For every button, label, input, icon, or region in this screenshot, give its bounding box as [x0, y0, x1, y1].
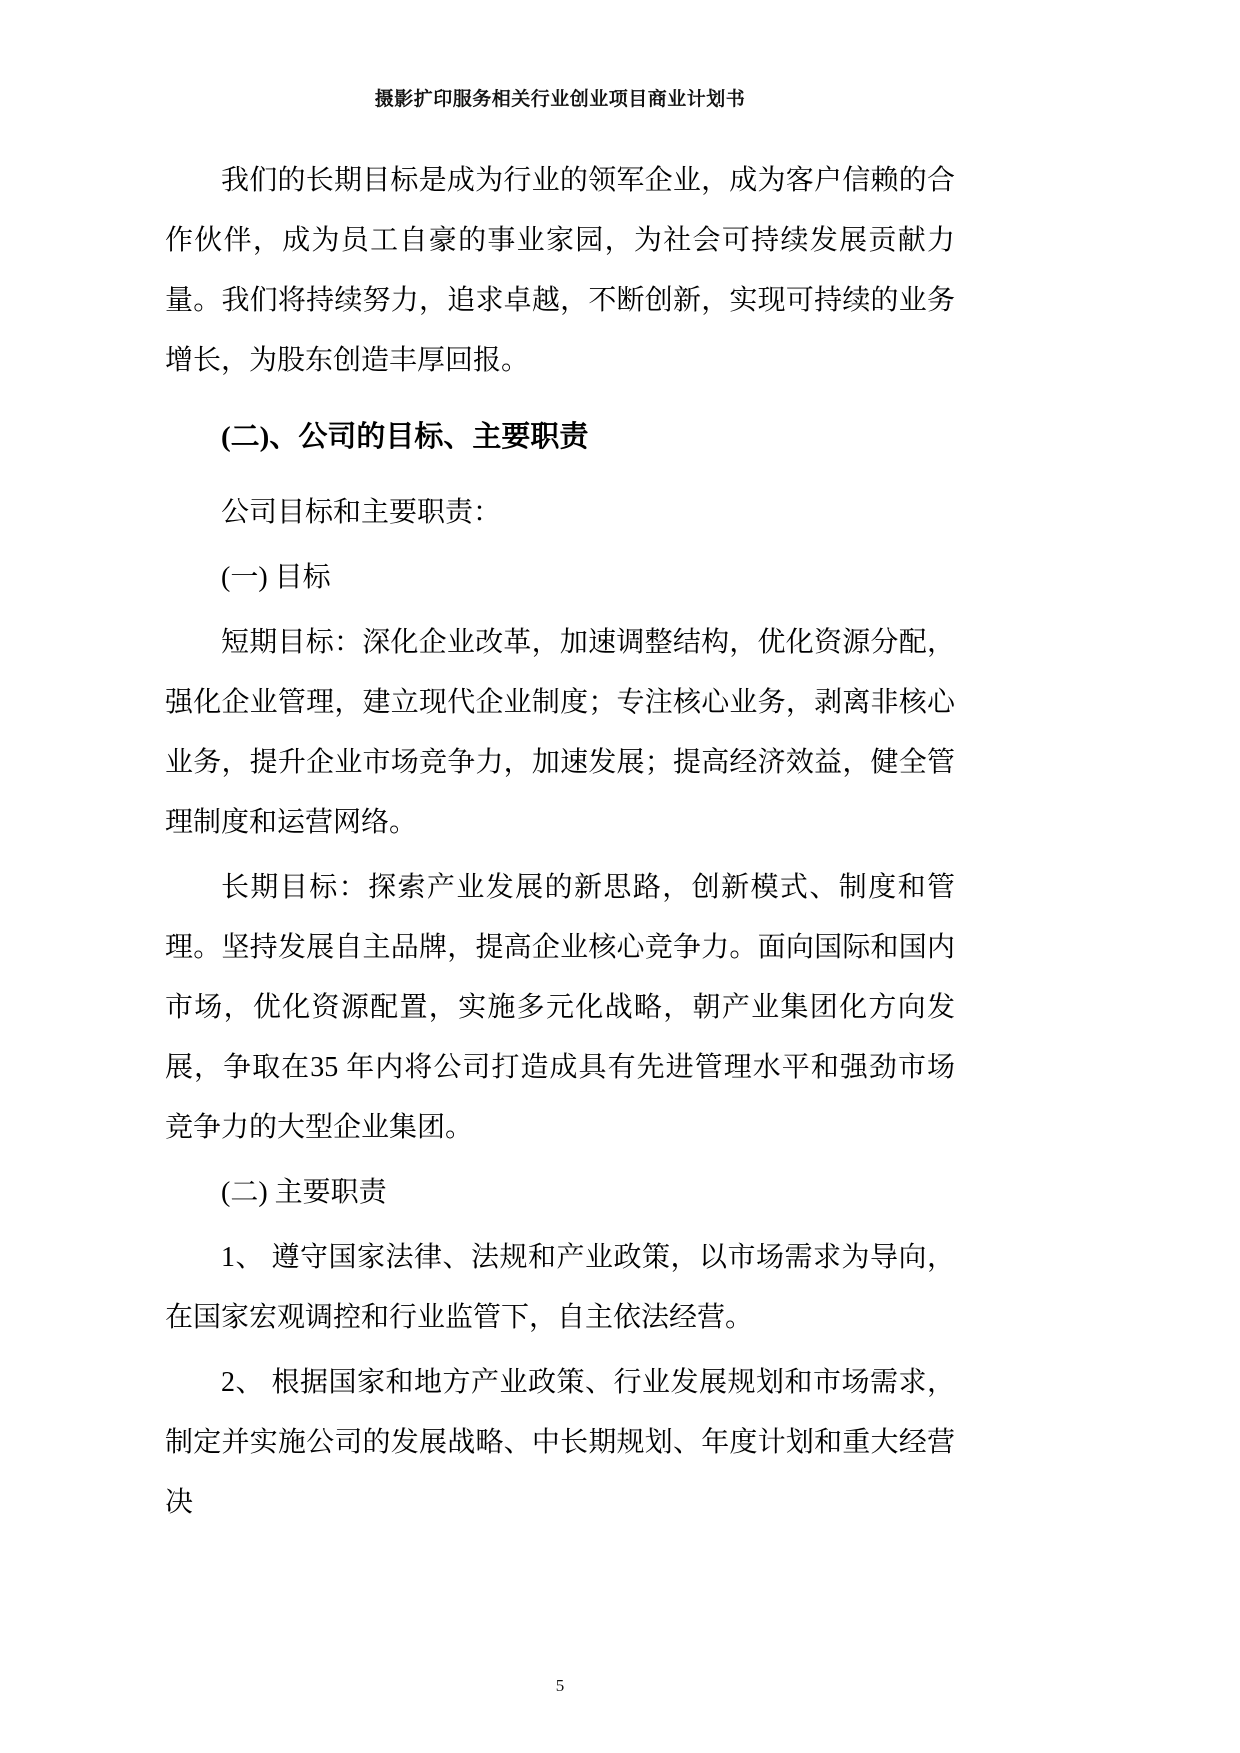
document-header-title: 摄影扩印服务相关行业创业项目商业计划书	[165, 0, 955, 111]
paragraph: 短期目标：深化企业改革，加速调整结构，优化资源分配，强化企业管理，建立现代企业制…	[165, 613, 955, 853]
paragraph: 2、 根据国家和地方产业政策、行业发展规划和市场需求，制定并实施公司的发展战略、…	[165, 1353, 955, 1533]
paragraph-list: 我们的长期目标是成为行业的领军企业，成为客户信赖的合作伙伴，成为员工自豪的事业家…	[165, 151, 955, 1533]
section-heading: (二)、公司的目标、主要职责	[165, 407, 955, 467]
page-number: 5	[165, 1676, 955, 1696]
page-content: 摄影扩印服务相关行业创业项目商业计划书 我们的长期目标是成为行业的领军企业，成为…	[165, 0, 955, 1538]
paragraph: 公司目标和主要职责：	[165, 483, 955, 543]
paragraph: (二) 主要职责	[165, 1163, 955, 1223]
paragraph: 我们的长期目标是成为行业的领军企业，成为客户信赖的合作伙伴，成为员工自豪的事业家…	[165, 151, 955, 391]
paragraph: 长期目标：探索产业发展的新思路，创新模式、制度和管理。坚持发展自主品牌，提高企业…	[165, 858, 955, 1158]
paragraph: (一) 目标	[165, 548, 955, 608]
paragraph: 1、 遵守国家法律、法规和产业政策，以市场需求为导向，在国家宏观调控和行业监管下…	[165, 1228, 955, 1348]
document-page: 摄影扩印服务相关行业创业项目商业计划书 我们的长期目标是成为行业的领军企业，成为…	[0, 0, 1240, 1753]
